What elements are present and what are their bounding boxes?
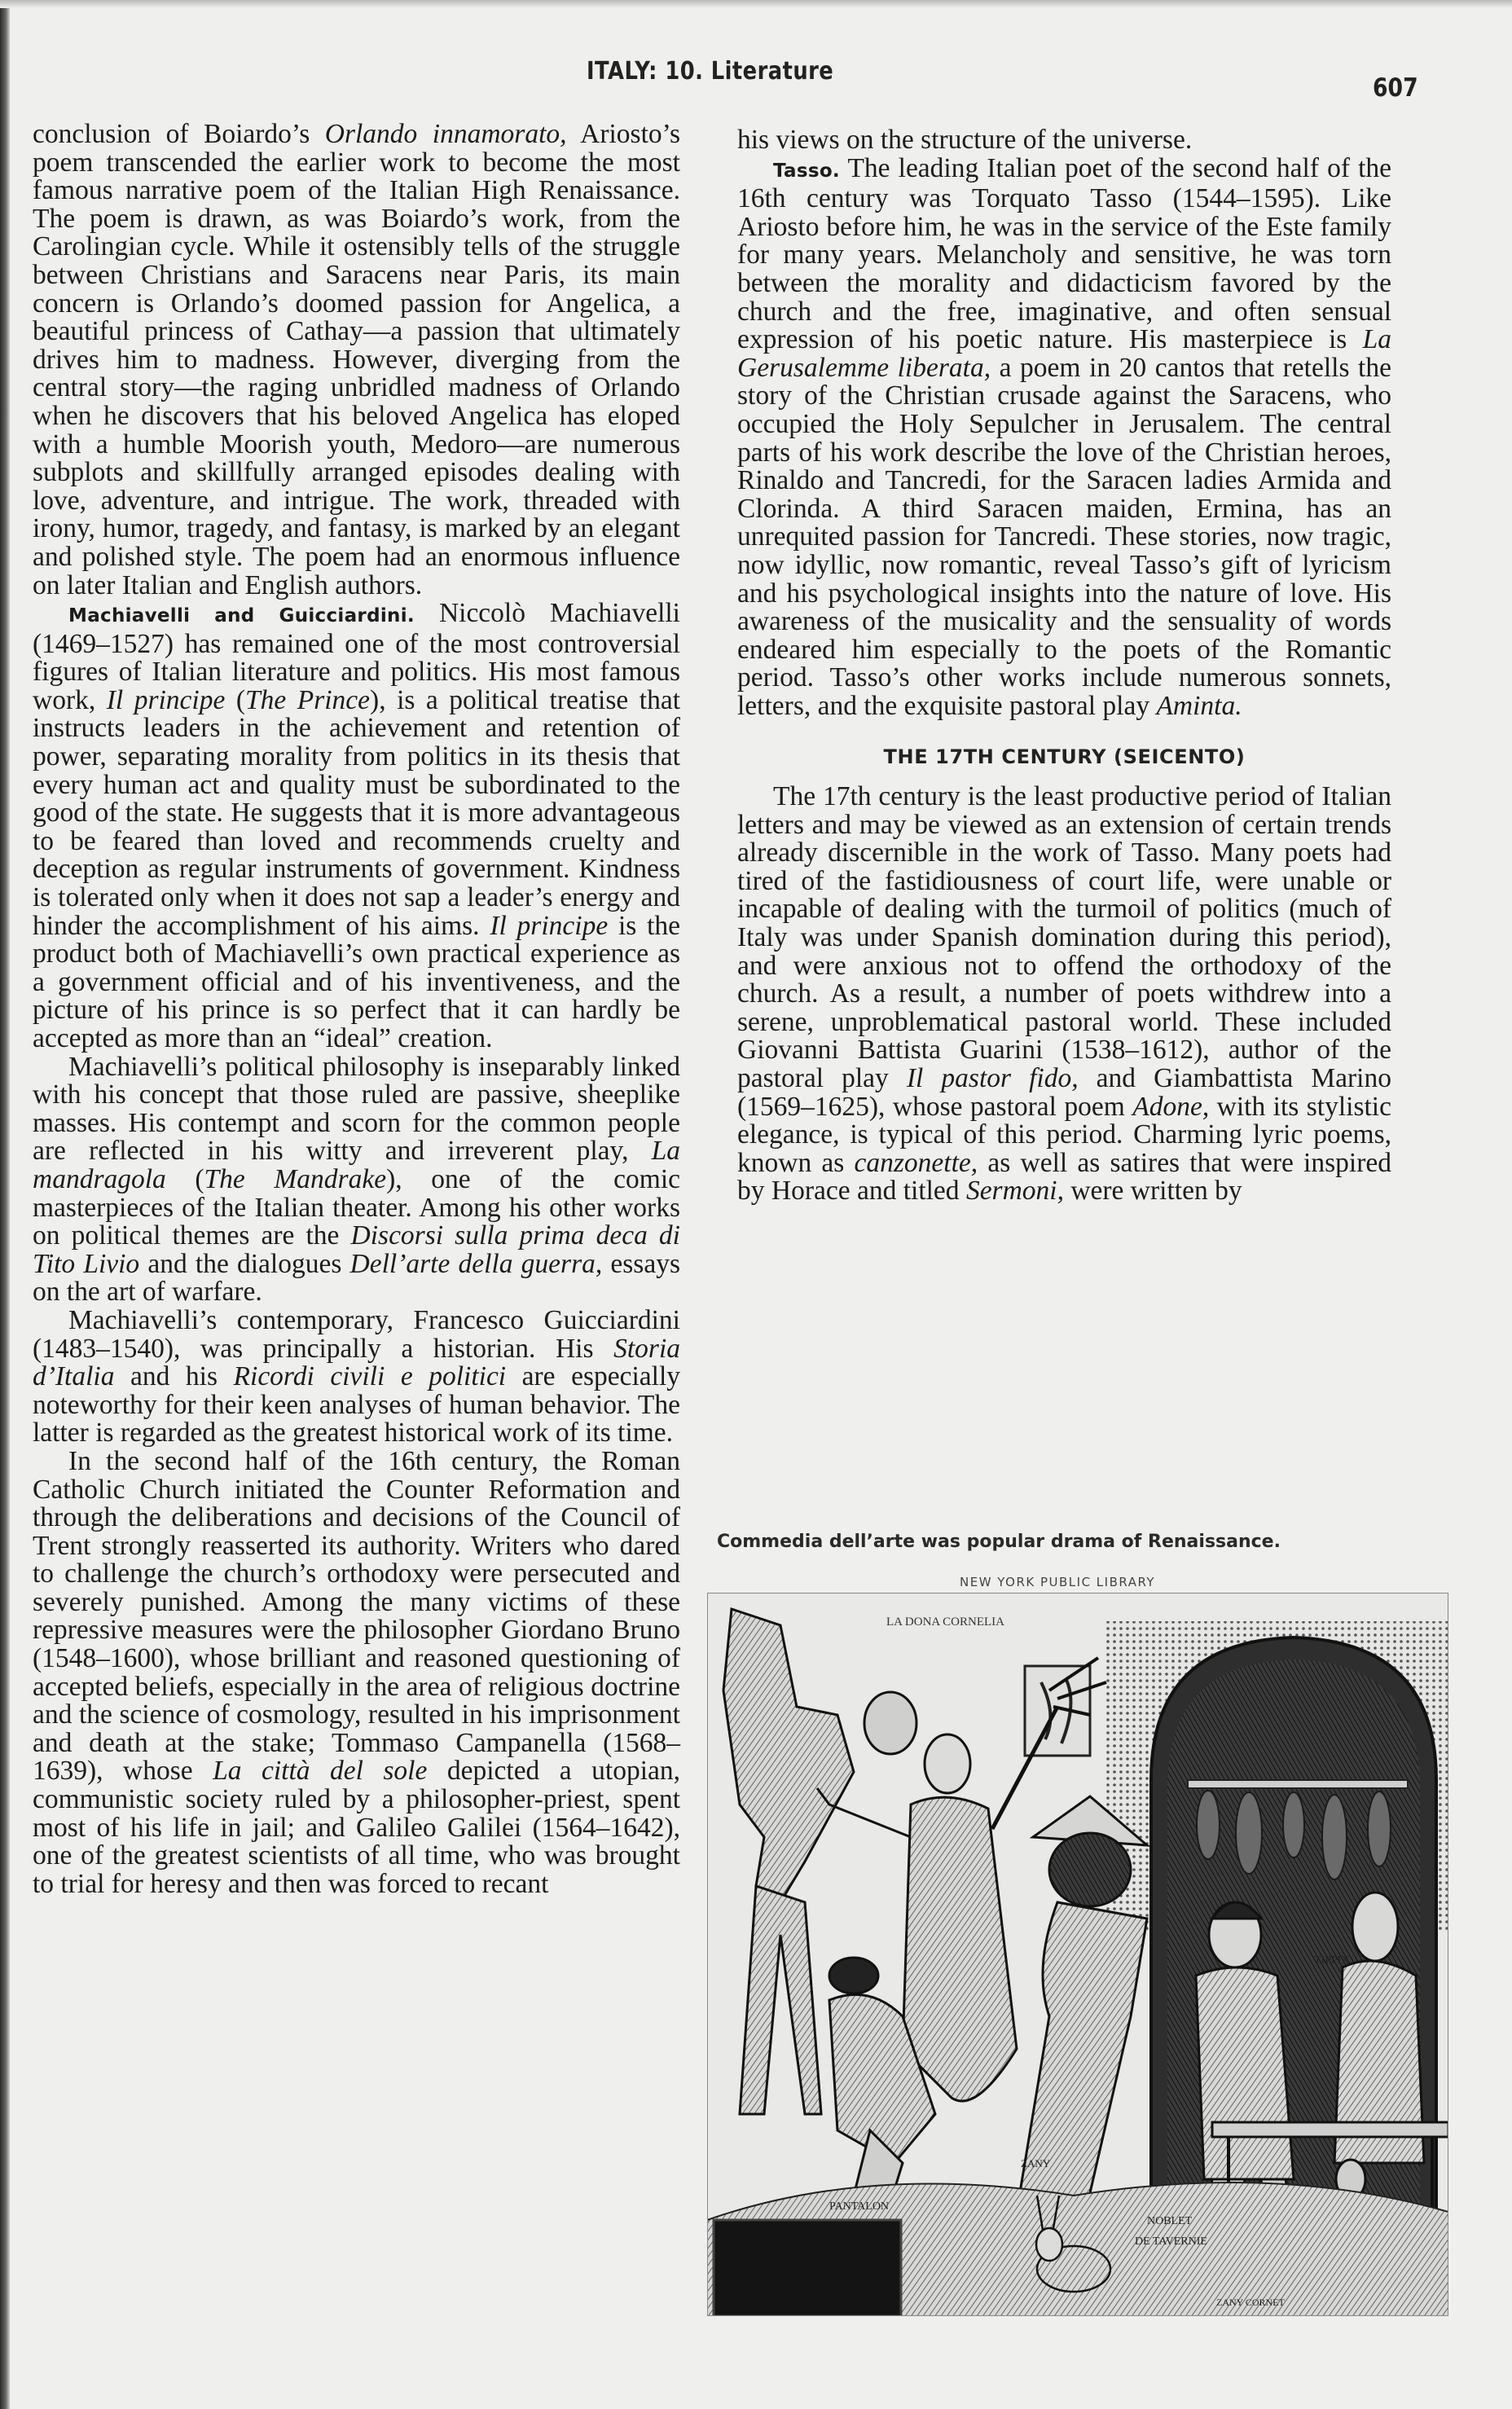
page-top-shadow: [0, 0, 1512, 8]
text-run: In the second half of the 16th century, …: [33, 1446, 680, 1787]
banner-label: LA DONA CORNELIA: [886, 1616, 1004, 1629]
tavernie-label: DE TAVERNIE: [1135, 2235, 1207, 2248]
work-title: Adone,: [1132, 1092, 1209, 1122]
commedia-dellarte-engraving: LA DONA CORNELIA TIPPIX: [707, 1593, 1448, 2316]
figure-credit: NEW YORK PUBLIC LIBRARY: [960, 1575, 1155, 1589]
door-sign-label: TIPPIX: [1314, 1954, 1350, 1967]
pantalon-label: PANTALON: [829, 2200, 889, 2213]
text-run: were written by: [1064, 1176, 1242, 1206]
paragraph-galileo-continuation: his views on the structure of the univer…: [737, 126, 1391, 155]
work-title: Ricordi civili e politici: [234, 1361, 507, 1391]
page-number: 607: [1373, 73, 1418, 103]
paragraph-guicciardini: Machiavelli’s contemporary, Francesco Gu…: [33, 1307, 680, 1448]
text-run: Machiavelli’s contemporary, Francesco Gu…: [33, 1305, 680, 1364]
runin-heading-machiavelli-guicciardini: Machiavelli and Guicciardini.: [68, 605, 415, 626]
right-column: his views on the structure of the univer…: [737, 126, 1391, 1206]
running-header: ITALY: 10. Literature 607: [0, 51, 1512, 99]
text-run: Arios­to’s poem transcended the earlier …: [33, 119, 680, 600]
work-title: Aminta.: [1156, 691, 1242, 721]
figure-caption: Commedia dell’arte was popular drama of …: [717, 1532, 1434, 1552]
text-run: his views on the structure of the univer…: [737, 125, 1192, 155]
text-run: The leading Italian poet of the second h…: [737, 153, 1391, 355]
paragraph-tasso: Tasso. The leading Italian poet of the s…: [737, 155, 1391, 721]
text-run: Machiavelli’s political philosophy is in…: [33, 1052, 680, 1167]
paragraph-machiavelli-philosophy: Machiavelli’s political philosophy is in…: [33, 1053, 680, 1307]
zany-cornet-label: ZANY CORNET: [1216, 2297, 1286, 2308]
text-run: a poem in 20 cantos that retells the sto…: [737, 353, 1391, 721]
work-title: Il principe: [107, 685, 226, 715]
text-run: and his: [114, 1361, 233, 1391]
runin-heading-tasso: Tasso.: [773, 160, 840, 182]
page-gutter-shadow: [0, 0, 10, 2409]
work-title: Il principe: [490, 911, 608, 941]
paragraph-ariosto-conclusion: conclusion of Boiardo’s Orlando innamora…: [33, 121, 680, 600]
paragraph-counter-reformation: In the second half of the 16th century, …: [33, 1448, 680, 1899]
paragraph-machiavelli: Machiavelli and Guicciardini. Niccolò Ma…: [33, 600, 680, 1053]
work-title: Sermoni,: [966, 1176, 1064, 1206]
text-run: and the dialogues: [139, 1249, 349, 1279]
work-title: The Prince: [245, 685, 370, 715]
text-run: ), is a political treatise that instruct…: [33, 685, 680, 941]
noblet-label: NOBLET: [1147, 2215, 1193, 2227]
text-run: (: [225, 685, 245, 715]
work-title: Il pastor fido,: [907, 1063, 1079, 1093]
work-title: The Mandrake: [204, 1164, 387, 1194]
running-title: ITALY: 10. Literature: [587, 57, 833, 86]
text-run: (: [166, 1164, 204, 1194]
engraving-illustration: LA DONA CORNELIA TIPPIX: [707, 1593, 1448, 2316]
section-heading-17th-century: THE 17TH CENTURY (SEICENTO): [737, 743, 1391, 771]
work-title: Dell’arte della guerra,: [350, 1249, 603, 1279]
work-title: canzonette,: [855, 1148, 978, 1178]
left-column: conclusion of Boiardo’s Orlando innamora…: [33, 121, 680, 1898]
work-title: La città del sole: [213, 1756, 427, 1786]
text-run: conclusion of Boiardo’s: [33, 119, 325, 149]
paragraph-seicento: The 17th century is the least productive…: [737, 783, 1391, 1206]
text-run: The 17th century is the least productive…: [737, 781, 1391, 1093]
zany-label: ZANY: [1021, 2157, 1051, 2169]
work-title: Orlando innamorato,: [325, 119, 567, 149]
